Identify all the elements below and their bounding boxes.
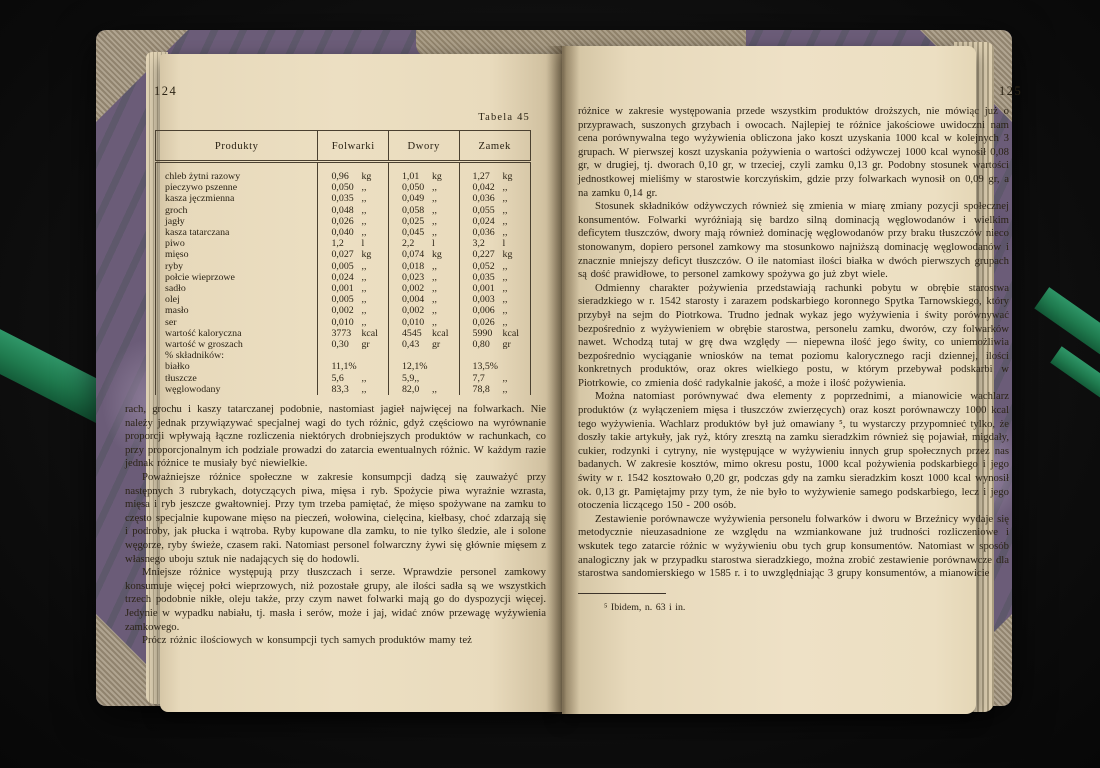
cell-unit: ,,: [503, 216, 508, 227]
cell-number: 2,2: [402, 238, 432, 249]
table-cell-value: [459, 350, 531, 361]
table-cell-value: 0,026,,: [459, 317, 531, 328]
table-header-folwarki: Folwarki: [318, 131, 389, 162]
cell-unit: kcal: [361, 328, 377, 339]
table-cell-value: 4545kcal: [388, 328, 459, 339]
cell-number: 0,024: [473, 216, 503, 227]
table-cell-value: 0,006,,: [459, 305, 531, 316]
table-cell-product: groch: [156, 205, 318, 216]
table-row: masło0,002,,0,002,,0,006,,: [156, 305, 531, 316]
table-cell-product: połcie wieprzowe: [156, 272, 318, 283]
cell-unit: ,,: [503, 294, 508, 305]
cell-number: 0,074: [402, 249, 432, 260]
table-cell-value: 1,27kg: [459, 162, 531, 183]
cell-unit: ,,: [361, 305, 366, 316]
page-number-right: 125: [999, 84, 1022, 99]
cell-unit: kg: [361, 249, 371, 260]
table-row: ser0,010,,0,010,,0,026,,: [156, 317, 531, 328]
table-row: wartość w groszach0,30gr0,43gr0,80gr: [156, 339, 531, 350]
cell-number: 0,050: [402, 182, 432, 193]
table-cell-value: 0,055,,: [459, 205, 531, 216]
table-cell-value: 0,052,,: [459, 261, 531, 272]
table-cell-value: 0,30gr: [318, 339, 389, 350]
cell-number: 0,018: [402, 261, 432, 272]
table-cell-value: 0,002,,: [388, 305, 459, 316]
table-cell-product: wartość w groszach: [156, 339, 318, 350]
cell-number: 0,026: [331, 216, 361, 227]
cell-unit: ,,: [432, 294, 437, 305]
cell-number: 13,5%: [473, 361, 503, 372]
table-cell-value: 5,9,,: [388, 373, 459, 384]
table-cell-value: 0,045,,: [388, 227, 459, 238]
paragraph: rach, grochu i kaszy tatarczanej podobni…: [125, 403, 546, 471]
paragraph: Odmienny charakter pożywienia przedstawi…: [578, 282, 1009, 391]
table-cell-value: 0,96kg: [318, 162, 389, 183]
cell-unit: kg: [361, 171, 371, 182]
cell-unit: ,,: [361, 272, 366, 283]
green-ribbon-right-lower: [1050, 346, 1100, 425]
cell-unit: ,,: [503, 227, 508, 238]
cell-number: 0,003: [473, 294, 503, 305]
table-cell-value: 0,024,,: [459, 216, 531, 227]
table-cell-value: 0,027kg: [318, 249, 389, 260]
cell-number: 0,036: [473, 227, 503, 238]
cell-number: 0,026: [473, 317, 503, 328]
table-cell-product: kasza jęczmienna: [156, 193, 318, 204]
table-cell-value: 0,040,,: [318, 227, 389, 238]
table-cell-value: 0,049,,: [388, 193, 459, 204]
cell-number: 82,0: [402, 384, 432, 395]
cell-unit: gr: [432, 339, 440, 350]
cell-number: 0,43: [402, 339, 432, 350]
table-cell-value: 0,042,,: [459, 182, 531, 193]
table-cell-product: kasza tatarczana: [156, 227, 318, 238]
cell-number: 5990: [473, 328, 503, 339]
cell-unit: ,,: [361, 216, 366, 227]
table-cell-value: 0,001,,: [459, 283, 531, 294]
table-cell-value: 11,1%: [318, 361, 389, 372]
table-cell-product: masło: [156, 305, 318, 316]
cell-number: 0,001: [331, 283, 361, 294]
cell-number: 0,023: [402, 272, 432, 283]
footnote: ⁵ Ibidem, n. 63 i in.: [578, 601, 1009, 615]
table-cell-value: 3773kcal: [318, 328, 389, 339]
table-cell-value: 0,035,,: [459, 272, 531, 283]
table-row: ryby0,005,,0,018,,0,052,,: [156, 261, 531, 272]
paragraph: Można natomiast porównywać dwa elementy …: [578, 390, 1009, 512]
table-cell-value: 0,058,,: [388, 205, 459, 216]
cell-unit: l: [503, 238, 506, 249]
table-cell-value: 1,2l: [318, 238, 389, 249]
cell-unit: ,,: [432, 283, 437, 294]
table-cell-value: 0,002,,: [388, 283, 459, 294]
table-cell-product: ser: [156, 317, 318, 328]
cell-unit: ,,: [503, 193, 508, 204]
table-row: % składników:: [156, 350, 531, 361]
cell-number: 0,040: [331, 227, 361, 238]
cell-unit: ,,: [503, 272, 508, 283]
cell-number: 0,027: [331, 249, 361, 260]
cell-unit: kg: [503, 171, 513, 182]
table-header-zamek: Zamek: [459, 131, 531, 162]
cell-number: 0,036: [473, 193, 503, 204]
cell-number: 0,025: [402, 216, 432, 227]
table-cell-value: 0,001,,: [318, 283, 389, 294]
paragraph: Zestawienie porównawcze wyżywienia perso…: [578, 513, 1009, 581]
table-row: jagły0,026,,0,025,,0,024,,: [156, 216, 531, 227]
cell-number: 5,9,,: [402, 373, 432, 384]
cell-number: 1,2: [331, 238, 361, 249]
table-row: chleb żytni razowy0,96kg1,01kg1,27kg: [156, 162, 531, 183]
cell-unit: ,,: [432, 305, 437, 316]
cell-number: 11,1%: [331, 361, 361, 372]
cell-unit: ,,: [503, 182, 508, 193]
cell-unit: ,,: [432, 193, 437, 204]
cell-unit: ,,: [432, 261, 437, 272]
cell-number: 0,80: [473, 339, 503, 350]
table-cell-value: 13,5%: [459, 361, 531, 372]
table-cell-product: jagły: [156, 216, 318, 227]
table-cell-product: piwo: [156, 238, 318, 249]
table-cell-value: 0,002,,: [318, 305, 389, 316]
cell-unit: ,,: [361, 373, 366, 384]
cell-unit: ,,: [432, 205, 437, 216]
cell-number: 0,30: [331, 339, 361, 350]
table-cell-value: 7,7,,: [459, 373, 531, 384]
table-cell-product: tłuszcze: [156, 373, 318, 384]
table-row: tłuszcze5,6,,5,9,,7,7,,: [156, 373, 531, 384]
table-header-produkty: Produkty: [156, 131, 318, 162]
table-cell-value: [388, 350, 459, 361]
cell-unit: ,,: [503, 205, 508, 216]
table-cell-value: 0,074kg: [388, 249, 459, 260]
cell-number: 1,27: [473, 171, 503, 182]
cell-unit: ,,: [432, 182, 437, 193]
cell-unit: ,,: [432, 317, 437, 328]
cell-number: 0,048: [331, 205, 361, 216]
paragraph: Stosunek składników odżywczych również s…: [578, 200, 1009, 282]
table-cell-value: 0,80gr: [459, 339, 531, 350]
right-page-text: różnice w zakresie występowania przede w…: [578, 105, 1009, 614]
table-row: wartość kaloryczna3773kcal4545kcal5990kc…: [156, 328, 531, 339]
table-cell-value: [318, 350, 389, 361]
cell-number: 0,055: [473, 205, 503, 216]
cell-number: 0,004: [402, 294, 432, 305]
cell-number: 0,005: [331, 294, 361, 305]
left-page-text: rach, grochu i kaszy tatarczanej podobni…: [125, 403, 546, 648]
table-row: groch0,048,,0,058,,0,055,,: [156, 205, 531, 216]
table-row: kasza tatarczana0,040,,0,045,,0,036,,: [156, 227, 531, 238]
table-cell-value: 0,026,,: [318, 216, 389, 227]
cell-unit: ,,: [361, 193, 366, 204]
footnote-rule: [578, 593, 666, 594]
cell-unit: ,,: [361, 261, 366, 272]
table-row: olej0,005,,0,004,,0,003,,: [156, 294, 531, 305]
cell-unit: ,,: [361, 227, 366, 238]
table-cell-value: 0,005,,: [318, 294, 389, 305]
cell-number: 3,2: [473, 238, 503, 249]
paragraph: różnice w zakresie występowania przede w…: [578, 105, 1009, 200]
table-cell-value: 83,3,,: [318, 384, 389, 395]
cell-number: 0,010: [402, 317, 432, 328]
paragraph: Prócz różnic ilościowych w konsumpcji ty…: [125, 634, 546, 648]
table-cell-value: 0,024,,: [318, 272, 389, 283]
cell-unit: ,,: [432, 227, 437, 238]
table-row: węglowodany83,3,,82,0,,78,8,,: [156, 384, 531, 395]
table-header-row: Produkty Folwarki Dwory Zamek: [156, 131, 531, 162]
cell-unit: kg: [432, 171, 442, 182]
table-cell-value: 82,0,,: [388, 384, 459, 395]
table-row: kasza jęczmienna0,035,,0,049,,0,036,,: [156, 193, 531, 204]
table-cell-value: 0,025,,: [388, 216, 459, 227]
table-cell-value: 5,6,,: [318, 373, 389, 384]
table-row: połcie wieprzowe0,024,,0,023,,0,035,,: [156, 272, 531, 283]
cell-number: 5,6: [331, 373, 361, 384]
table-cell-value: 3,2l: [459, 238, 531, 249]
cell-number: 0,006: [473, 305, 503, 316]
cell-number: 0,96: [331, 171, 361, 182]
table-row: białko11,1%12,1%13,5%: [156, 361, 531, 372]
cell-number: 0,005: [331, 261, 361, 272]
cell-number: 0,049: [402, 193, 432, 204]
cell-unit: l: [432, 238, 435, 249]
cell-number: 1,01: [402, 171, 432, 182]
cell-unit: ,,: [361, 384, 366, 395]
cell-unit: gr: [361, 339, 369, 350]
cell-number: 0,001: [473, 283, 503, 294]
table-body: chleb żytni razowy0,96kg1,01kg1,27kgpiec…: [156, 162, 531, 396]
cell-unit: ,,: [361, 205, 366, 216]
table-cell-value: 0,023,,: [388, 272, 459, 283]
footnote-block: ⁵ Ibidem, n. 63 i in.: [578, 593, 1009, 615]
cell-unit: gr: [503, 339, 511, 350]
cell-number: 0,050: [331, 182, 361, 193]
table-row: mięso0,027kg0,074kg0,227kg: [156, 249, 531, 260]
table-cell-product: ryby: [156, 261, 318, 272]
table-cell-value: 12,1%: [388, 361, 459, 372]
table-cell-value: 0,227kg: [459, 249, 531, 260]
table-cell-value: 0,036,,: [459, 193, 531, 204]
table-row: pieczywo pszenne0,050,,0,050,,0,042,,: [156, 182, 531, 193]
cell-number: 78,8: [473, 384, 503, 395]
cell-number: 0,010: [331, 317, 361, 328]
cell-unit: ,,: [361, 294, 366, 305]
cell-number: 7,7: [473, 373, 503, 384]
table-cell-product: olej: [156, 294, 318, 305]
table-cell-value: 0,036,,: [459, 227, 531, 238]
cell-unit: ,,: [503, 283, 508, 294]
cell-number: 0,042: [473, 182, 503, 193]
cell-unit: l: [361, 238, 364, 249]
cell-unit: ,,: [503, 305, 508, 316]
cell-number: 0,035: [473, 272, 503, 283]
cell-number: 0,002: [402, 283, 432, 294]
table-cell-value: 2,2l: [388, 238, 459, 249]
table-cell-value: 0,005,,: [318, 261, 389, 272]
paragraph: Mniejsze różnice występują przy tłuszcza…: [125, 566, 546, 634]
table-cell-value: 0,050,,: [318, 182, 389, 193]
table-cell-value: 0,018,,: [388, 261, 459, 272]
nutrition-table: Produkty Folwarki Dwory Zamek chleb żytn…: [155, 130, 531, 395]
cell-number: 0,024: [331, 272, 361, 283]
cell-unit: kg: [432, 249, 442, 260]
table-header-dwory: Dwory: [388, 131, 459, 162]
cell-number: 83,3: [331, 384, 361, 395]
cell-unit: ,,: [361, 182, 366, 193]
cell-unit: ,,: [503, 261, 508, 272]
table-cell-product: % składników:: [156, 350, 318, 361]
table-cell-value: 0,050,,: [388, 182, 459, 193]
cell-number: 0,035: [331, 193, 361, 204]
cell-unit: kcal: [503, 328, 519, 339]
cell-number: 4545: [402, 328, 432, 339]
table-row: piwo1,2l2,2l3,2l: [156, 238, 531, 249]
table-cell-value: 0,010,,: [318, 317, 389, 328]
table-cell-value: 0,43gr: [388, 339, 459, 350]
cell-number: 0,002: [402, 305, 432, 316]
cell-unit: ,,: [432, 384, 437, 395]
table-cell-product: wartość kaloryczna: [156, 328, 318, 339]
cell-unit: kcal: [432, 328, 448, 339]
photo-background: 124 Tabela 45 Produkty Folwarki Dwory Za…: [0, 0, 1100, 768]
cell-number: 0,045: [402, 227, 432, 238]
cell-unit: ,,: [361, 283, 366, 294]
cell-number: 12,1%: [402, 361, 432, 372]
table-cell-value: 78,8,,: [459, 384, 531, 395]
cell-number: 0,227: [473, 249, 503, 260]
table-row: sadło0,001,,0,002,,0,001,,: [156, 283, 531, 294]
table-cell-value: 0,004,,: [388, 294, 459, 305]
cell-number: 0,052: [473, 261, 503, 272]
cell-unit: ,,: [503, 317, 508, 328]
cell-number: 0,002: [331, 305, 361, 316]
cell-unit: ,,: [432, 216, 437, 227]
cell-unit: ,,: [503, 384, 508, 395]
table-cell-value: 0,003,,: [459, 294, 531, 305]
cell-number: 0,058: [402, 205, 432, 216]
page-number-left: 124: [154, 84, 177, 99]
table-cell-product: pieczywo pszenne: [156, 182, 318, 193]
table-cell-value: 0,010,,: [388, 317, 459, 328]
cell-unit: ,,: [361, 317, 366, 328]
table-cell-product: sadło: [156, 283, 318, 294]
table-cell-value: 5990kcal: [459, 328, 531, 339]
paragraph: Poważniejsze różnice społeczne w zakresi…: [125, 471, 546, 566]
cell-unit: ,,: [432, 272, 437, 283]
table-cell-product: chleb żytni razowy: [156, 162, 318, 183]
table-cell-product: węglowodany: [156, 384, 318, 395]
table-cell-value: 1,01kg: [388, 162, 459, 183]
table-caption: Tabela 45: [330, 112, 530, 123]
cell-number: 3773: [331, 328, 361, 339]
table-cell-product: białko: [156, 361, 318, 372]
table-cell-product: mięso: [156, 249, 318, 260]
cell-unit: kg: [503, 249, 513, 260]
cell-unit: ,,: [503, 373, 508, 384]
table-cell-value: 0,048,,: [318, 205, 389, 216]
table-cell-value: 0,035,,: [318, 193, 389, 204]
